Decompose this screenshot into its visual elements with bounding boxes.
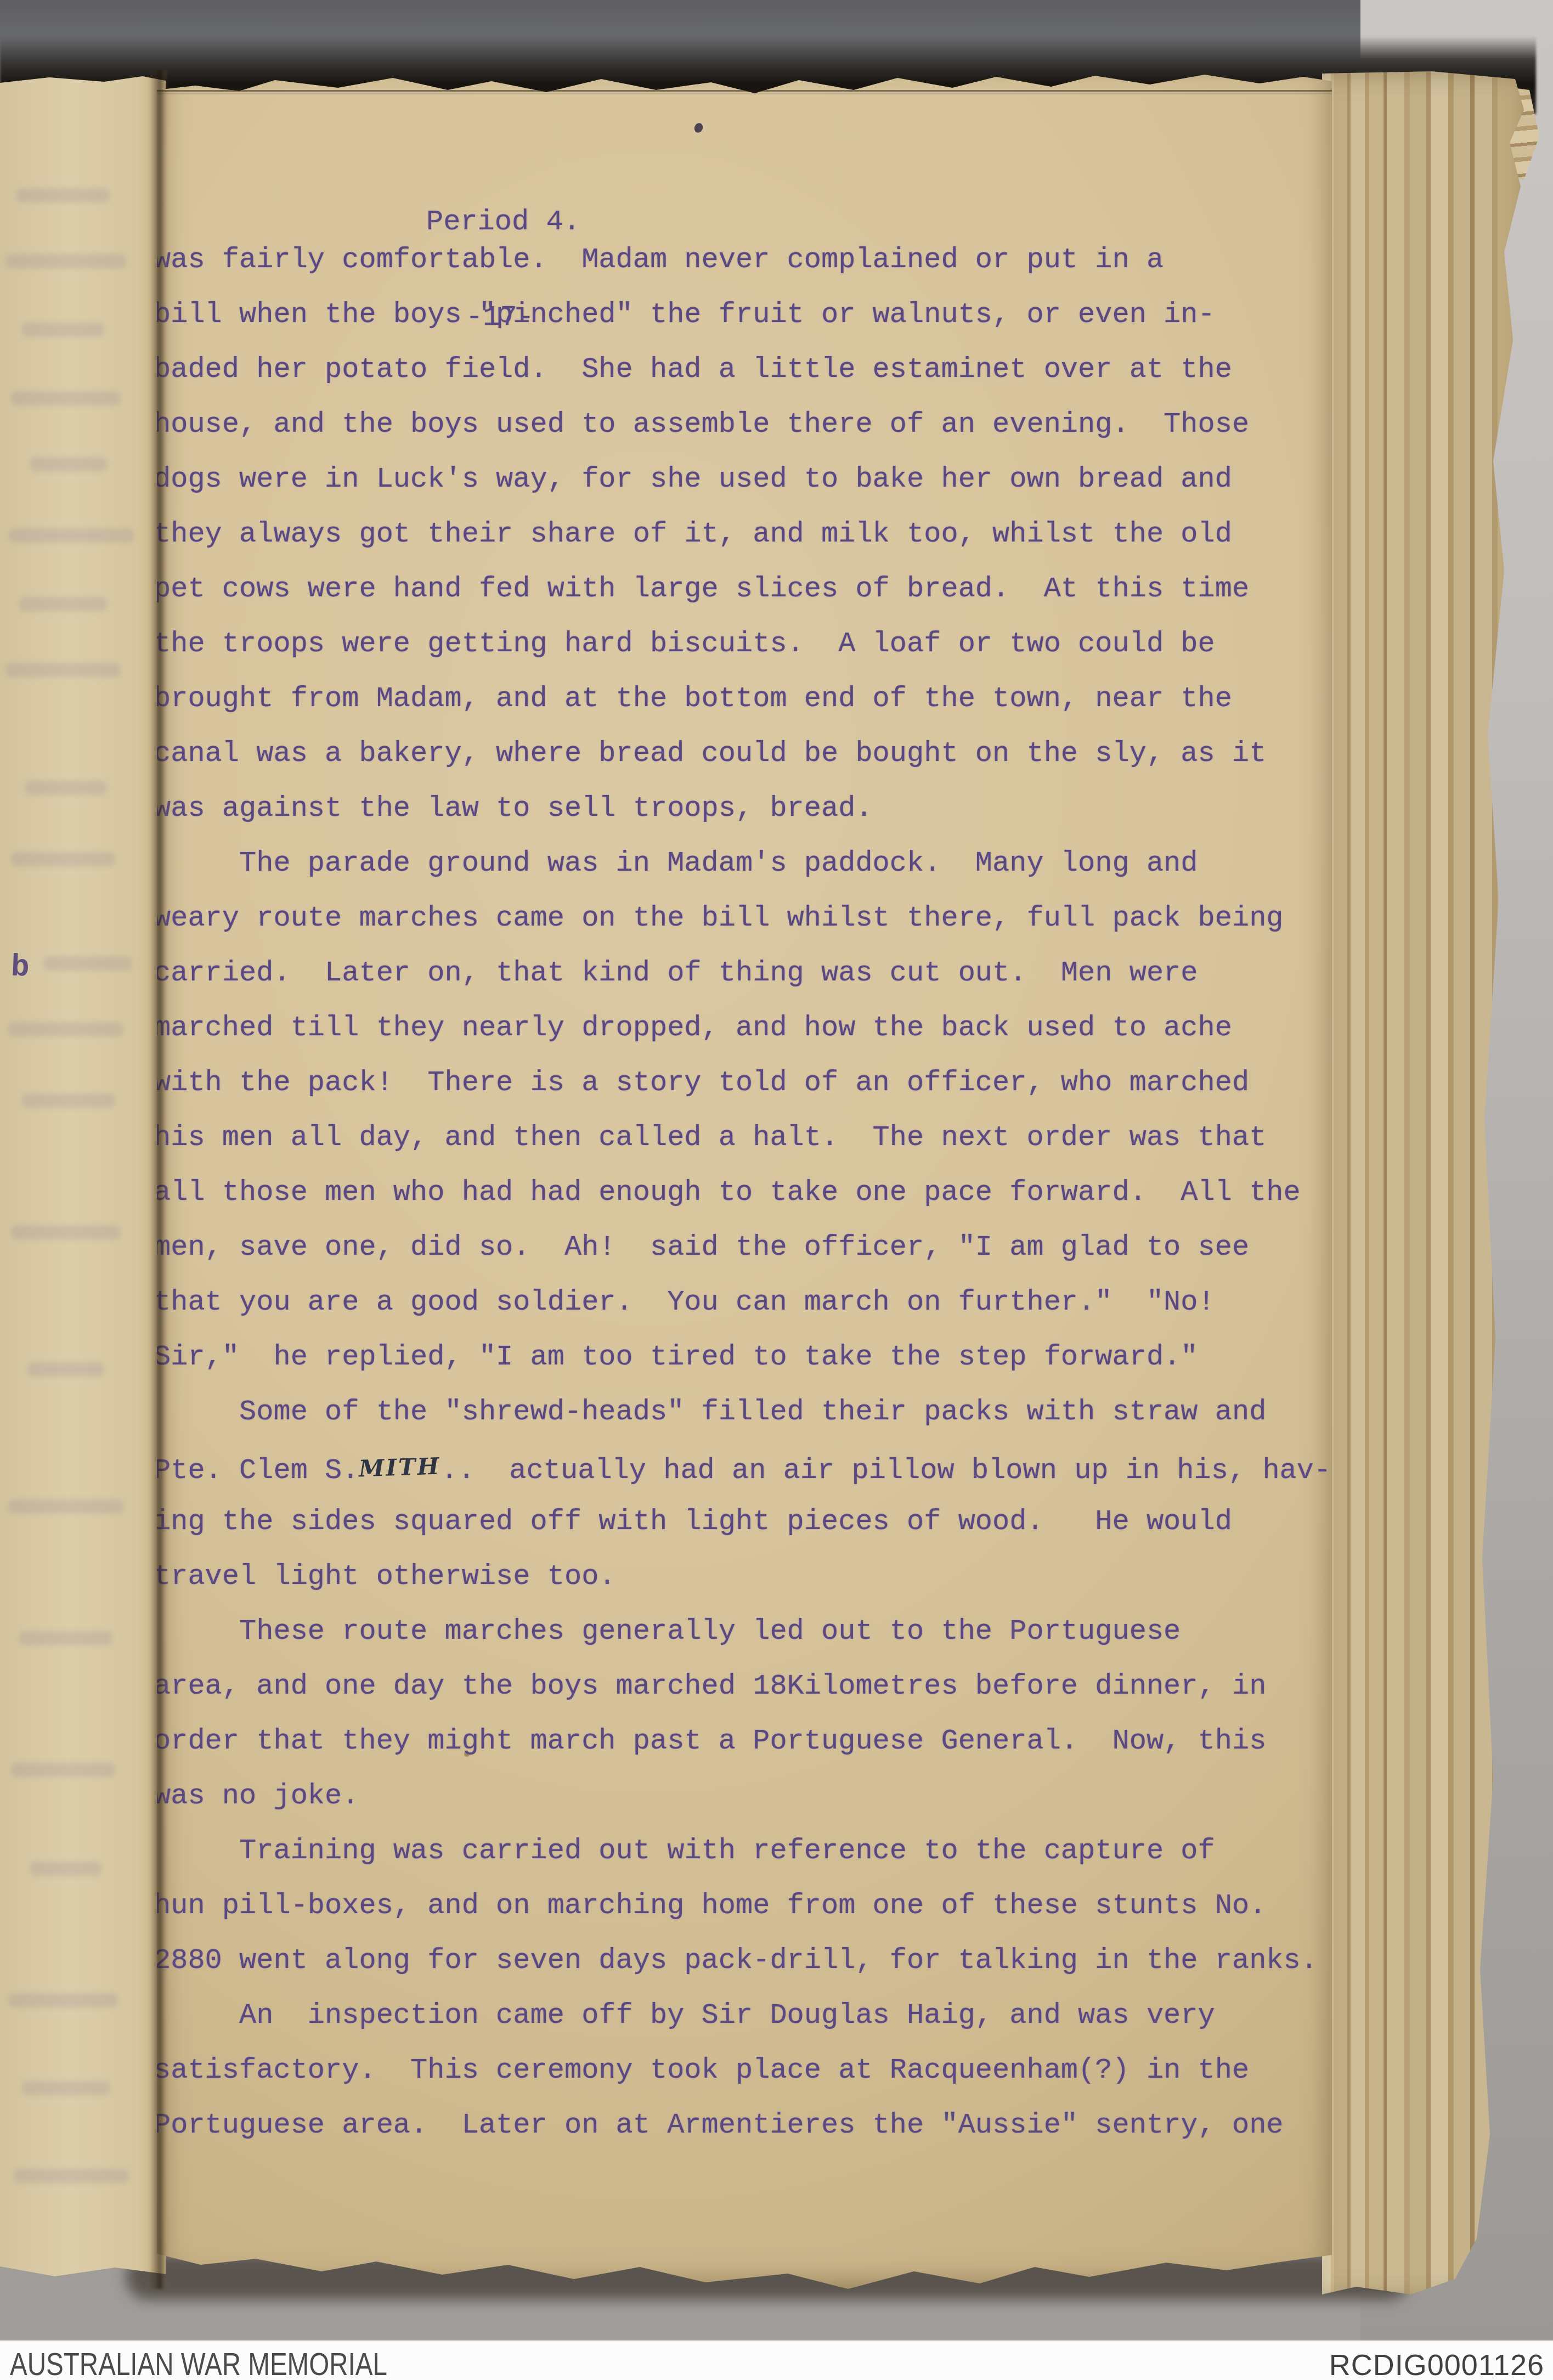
typed-line: travel light otherwise too. [157,1549,1332,1604]
bleed-through-line [5,663,121,677]
bleed-through-line [30,457,107,471]
bleed-through-line [22,1093,115,1108]
typed-line: Training was carried out with reference … [157,1824,1332,1879]
bleed-through-line [16,188,110,202]
typed-line: order that they might march past a Portu… [157,1714,1332,1769]
margin-ink-mark: b [10,949,30,985]
typed-line: An inspection came off by Sir Douglas Ha… [157,1988,1332,2043]
typed-line: canal was a bakery, where bread could be… [157,726,1332,781]
typed-line: Portuguese area. Later on at Armentieres… [157,2098,1332,2153]
typed-line: Pte. Clem S.mith.. actually had an air p… [157,1440,1332,1494]
typed-line: carried. Later on, that kind of thing wa… [157,946,1332,1001]
ink-speck [693,122,704,134]
typed-line: house, and the boys used to assemble the… [157,397,1332,452]
bleed-through-line [14,2169,129,2183]
bleed-through-line [19,1631,112,1645]
typed-line: dogs were in Luck's way, for she used to… [157,452,1332,507]
typed-line: marched till they nearly dropped, and ho… [157,1001,1332,1056]
typed-line: the troops were getting hard biscuits. A… [157,617,1332,672]
bleed-through-line [11,1225,121,1239]
typed-line: with the pack! There is a story told of … [157,1056,1332,1110]
bleed-through-line [19,597,107,611]
typed-line: brought from Madam, and at the bottom en… [157,672,1332,726]
archive-name-label: AUSTRALIAN WAR MEMORIAL [10,2346,387,2380]
typed-line: weary route marches came on the bill whi… [157,891,1332,946]
typed-line: baded her potato field. She had a little… [157,342,1332,397]
bleed-through-line [25,781,107,795]
typed-line: men, save one, did so. Ah! said the offi… [157,1220,1332,1275]
typed-line: bill when the boys "pinched" the fruit o… [157,287,1332,342]
typed-line: These route marches generally led out to… [157,1604,1332,1659]
typed-body-text: was fairly comfortable. Madam never comp… [157,233,1332,2153]
typed-line: pet cows were hand fed with large slices… [157,562,1332,617]
typed-line: Sir," he replied, "I am too tired to tak… [157,1330,1332,1385]
bleed-through-line [8,1022,123,1036]
bleed-through-line [44,956,132,971]
typed-line: his men all day, and then called a halt.… [157,1110,1332,1165]
typed-line: that you are a good soldier. You can mar… [157,1275,1332,1330]
typed-line: was no joke. [157,1769,1332,1824]
bleed-through-line [30,1862,101,1876]
typed-line: ing the sides squared off with light pie… [157,1494,1332,1549]
typed-line: area, and one day the boys marched 18Kil… [157,1659,1332,1714]
typed-line: Some of the "shrewd-heads" filled their … [157,1385,1332,1440]
typed-line: they always got their share of it, and m… [157,507,1332,562]
bleed-through-line [22,323,104,337]
handwritten-name-correction: mith [358,1435,442,1493]
bleed-through-line [27,1362,104,1377]
bleed-through-line [11,852,115,866]
typed-line: 2880 went along for seven days pack-dril… [157,1933,1332,1988]
bleed-through-line [22,2081,110,2095]
typed-line: was fairly comfortable. Madam never comp… [157,233,1332,287]
previous-page-sliver: b [0,73,166,2284]
typed-line: satisfactory. This ceremony took place a… [157,2043,1332,2098]
typed-line: all those men who had had enough to take… [157,1165,1332,1220]
typed-line: was against the law to sell troops, brea… [157,781,1332,836]
page-stack-right-edge [1322,71,1541,2299]
bleed-through-line [8,1993,118,2007]
bleed-through-line [8,528,134,543]
typed-line: The parade ground was in Madam's paddock… [157,836,1332,891]
bleed-through-line [5,254,126,268]
bleed-through-line [11,1763,115,1777]
typed-line: hun pill-boxes, and on marching home fro… [157,1879,1332,1933]
record-id-label: RCDIG0001126 [1329,2348,1544,2380]
bleed-through-line [8,1499,123,1514]
digitisation-footer: AUSTRALIAN WAR MEMORIAL RCDIG0001126 [0,2340,1553,2380]
scanned-page: Period 4. -17- was fairly comfortable. M… [157,72,1332,2289]
bleed-through-line [11,391,121,405]
